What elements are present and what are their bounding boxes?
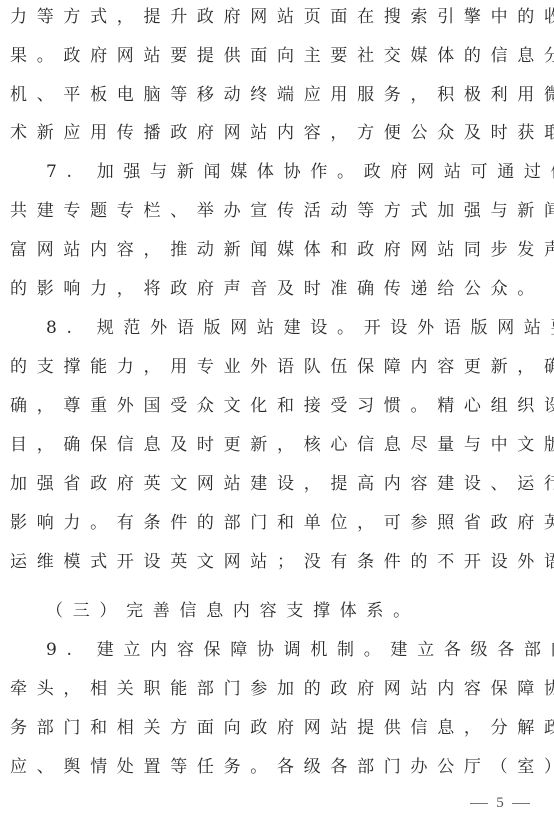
paragraph-line: 果。政府网站要提供面向主要社交媒体的信息分享服务，加强手 — [10, 44, 544, 68]
paragraph-line: 的支撑能力，用专业外语队伍保障内容更新，确保语言规范准 — [10, 355, 544, 379]
paragraph-line: 加强省政府英文网站建设，提高内容建设、运行维护水平，扩大 — [10, 472, 544, 496]
paragraph-line: 术新应用传播政府网站内容，方便公众及时获取政府信息。 — [10, 121, 544, 145]
paragraph-line: 应、舆情处置等任务。各级各部门办公厅（室）要根据实际需 — [10, 755, 544, 779]
dash-right — [512, 803, 530, 804]
paragraph-line: 力等方式，提升政府网站页面在搜索引擎中的收录比例和搜索效 — [10, 5, 544, 29]
section-heading: （三）完善信息内容支撑体系。 — [46, 599, 544, 623]
paragraph-line: 影响力。有条件的部门和单位，可参照省政府英文网站的建设、 — [10, 511, 544, 535]
paragraph-line: 的影响力，将政府声音及时准确传递给公众。 — [10, 277, 544, 301]
paragraph-line: 机、平板电脑等移动终端应用服务，积极利用微博、微信等新技 — [10, 83, 544, 107]
item-8-heading-line: 8. 规范外语版网站建设。开设外语版网站要有专业、合格 — [46, 316, 544, 340]
paragraph-line: 务部门和相关方面向政府网站提供信息，分解政策解读、互动回 — [10, 716, 544, 740]
paragraph-line: 运维模式开设英文网站；没有条件的不开设外语版网站。 — [10, 550, 544, 574]
paragraph-line: 确，尊重外国受众文化和接受习惯。精心组织设置外语版网站栏 — [10, 394, 544, 418]
paragraph-line: 目，确保信息及时更新，核心信息尽量与中文版网站同步。继续 — [10, 433, 544, 457]
document-page: 力等方式，提升政府网站页面在搜索引擎中的收录比例和搜索效 果。政府网站要提供面向… — [0, 0, 554, 819]
paragraph-line: 富网站内容，推动新闻媒体和政府网站同步发声，提高政府信息 — [10, 238, 544, 262]
paragraph-line: 共建专题专栏、举办宣传活动等方式加强与新闻媒体的合作，丰 — [10, 199, 544, 223]
dash-left — [470, 803, 488, 804]
page-number-value: 5 — [496, 795, 504, 811]
item-7-heading-line: 7. 加强与新闻媒体协作。政府网站可通过信息资源共享、 — [46, 160, 544, 184]
page-number: 5 — [460, 792, 540, 814]
paragraph-line: 牵头，相关职能部门参加的政府网站内容保障协调机制，统筹业 — [10, 677, 544, 701]
item-9-heading-line: 9. 建立内容保障协调机制。建立各级各部门办公厅（室） — [46, 638, 544, 662]
